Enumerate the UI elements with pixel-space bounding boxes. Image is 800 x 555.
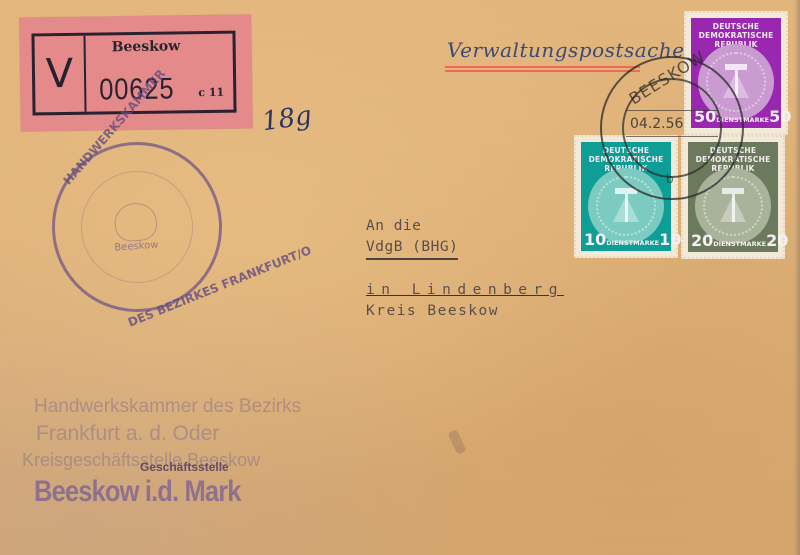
ink-smudge [447,429,466,455]
address-line-2: VdgB (BHG) [366,237,564,260]
stamp-value-left: 10 [584,232,606,248]
weight-handwritten: 18g [260,101,313,138]
envelope: V Beeskow 00625 c 11 Verwaltungspostsach… [0,0,800,555]
registration-suffix: c 11 [198,86,224,99]
address-line-1: An die [366,216,564,237]
sender-line-1: Handwerkskammer des Bezirks [34,396,301,418]
stamp-label: DIENSTMARKE [713,240,766,249]
registration-label: V Beeskow 00625 c 11 [19,14,253,131]
address-line-4: Kreis Beeskow [366,301,564,322]
sender-line-4: Beeskow i.d. Mark [34,475,261,509]
address-line-2-text: VdgB (BHG) [366,237,458,260]
registration-type-box: V [34,36,86,113]
sender-stamp: Handwerkskammer des Bezirks Frankfurt a.… [22,396,301,509]
sender-overprint: Geschäftsstelle [140,460,229,474]
postmark-letter: b [666,172,674,186]
stamp-value-right: 20 [766,233,788,249]
stamp-value-left: 20 [691,233,713,249]
postmark-bar-bottom [626,136,718,137]
postmark-bar-top [626,110,718,111]
red-underline-2 [445,70,640,72]
sender-line-2: Frankfurt a. d. Oder [36,422,301,446]
service-note-handwritten: Verwaltungspostsache [447,38,685,62]
stamp-value-right: 10 [659,232,681,248]
registration-type-letter: V [46,54,74,94]
registration-place: Beeskow [112,38,181,55]
stamp-label: DIENSTMARKE [606,239,659,248]
postmark-date: 04.2.56 [630,116,683,132]
handwerkskammer-round-stamp: HANDWERKSKAMMER Beeskow DES BEZIRKES FRA… [46,136,227,317]
recipient-address: An die VdgB (BHG) in Lindenberg Kreis Be… [366,216,564,322]
address-line-3: in Lindenberg [366,280,564,301]
postmark-cancellation: BEESKOW 04.2.56 b [600,56,744,200]
red-underline-1 [445,66,640,68]
stamp-country-line1: DEUTSCHE [713,22,759,31]
stamp-value-right: 50 [769,109,791,125]
